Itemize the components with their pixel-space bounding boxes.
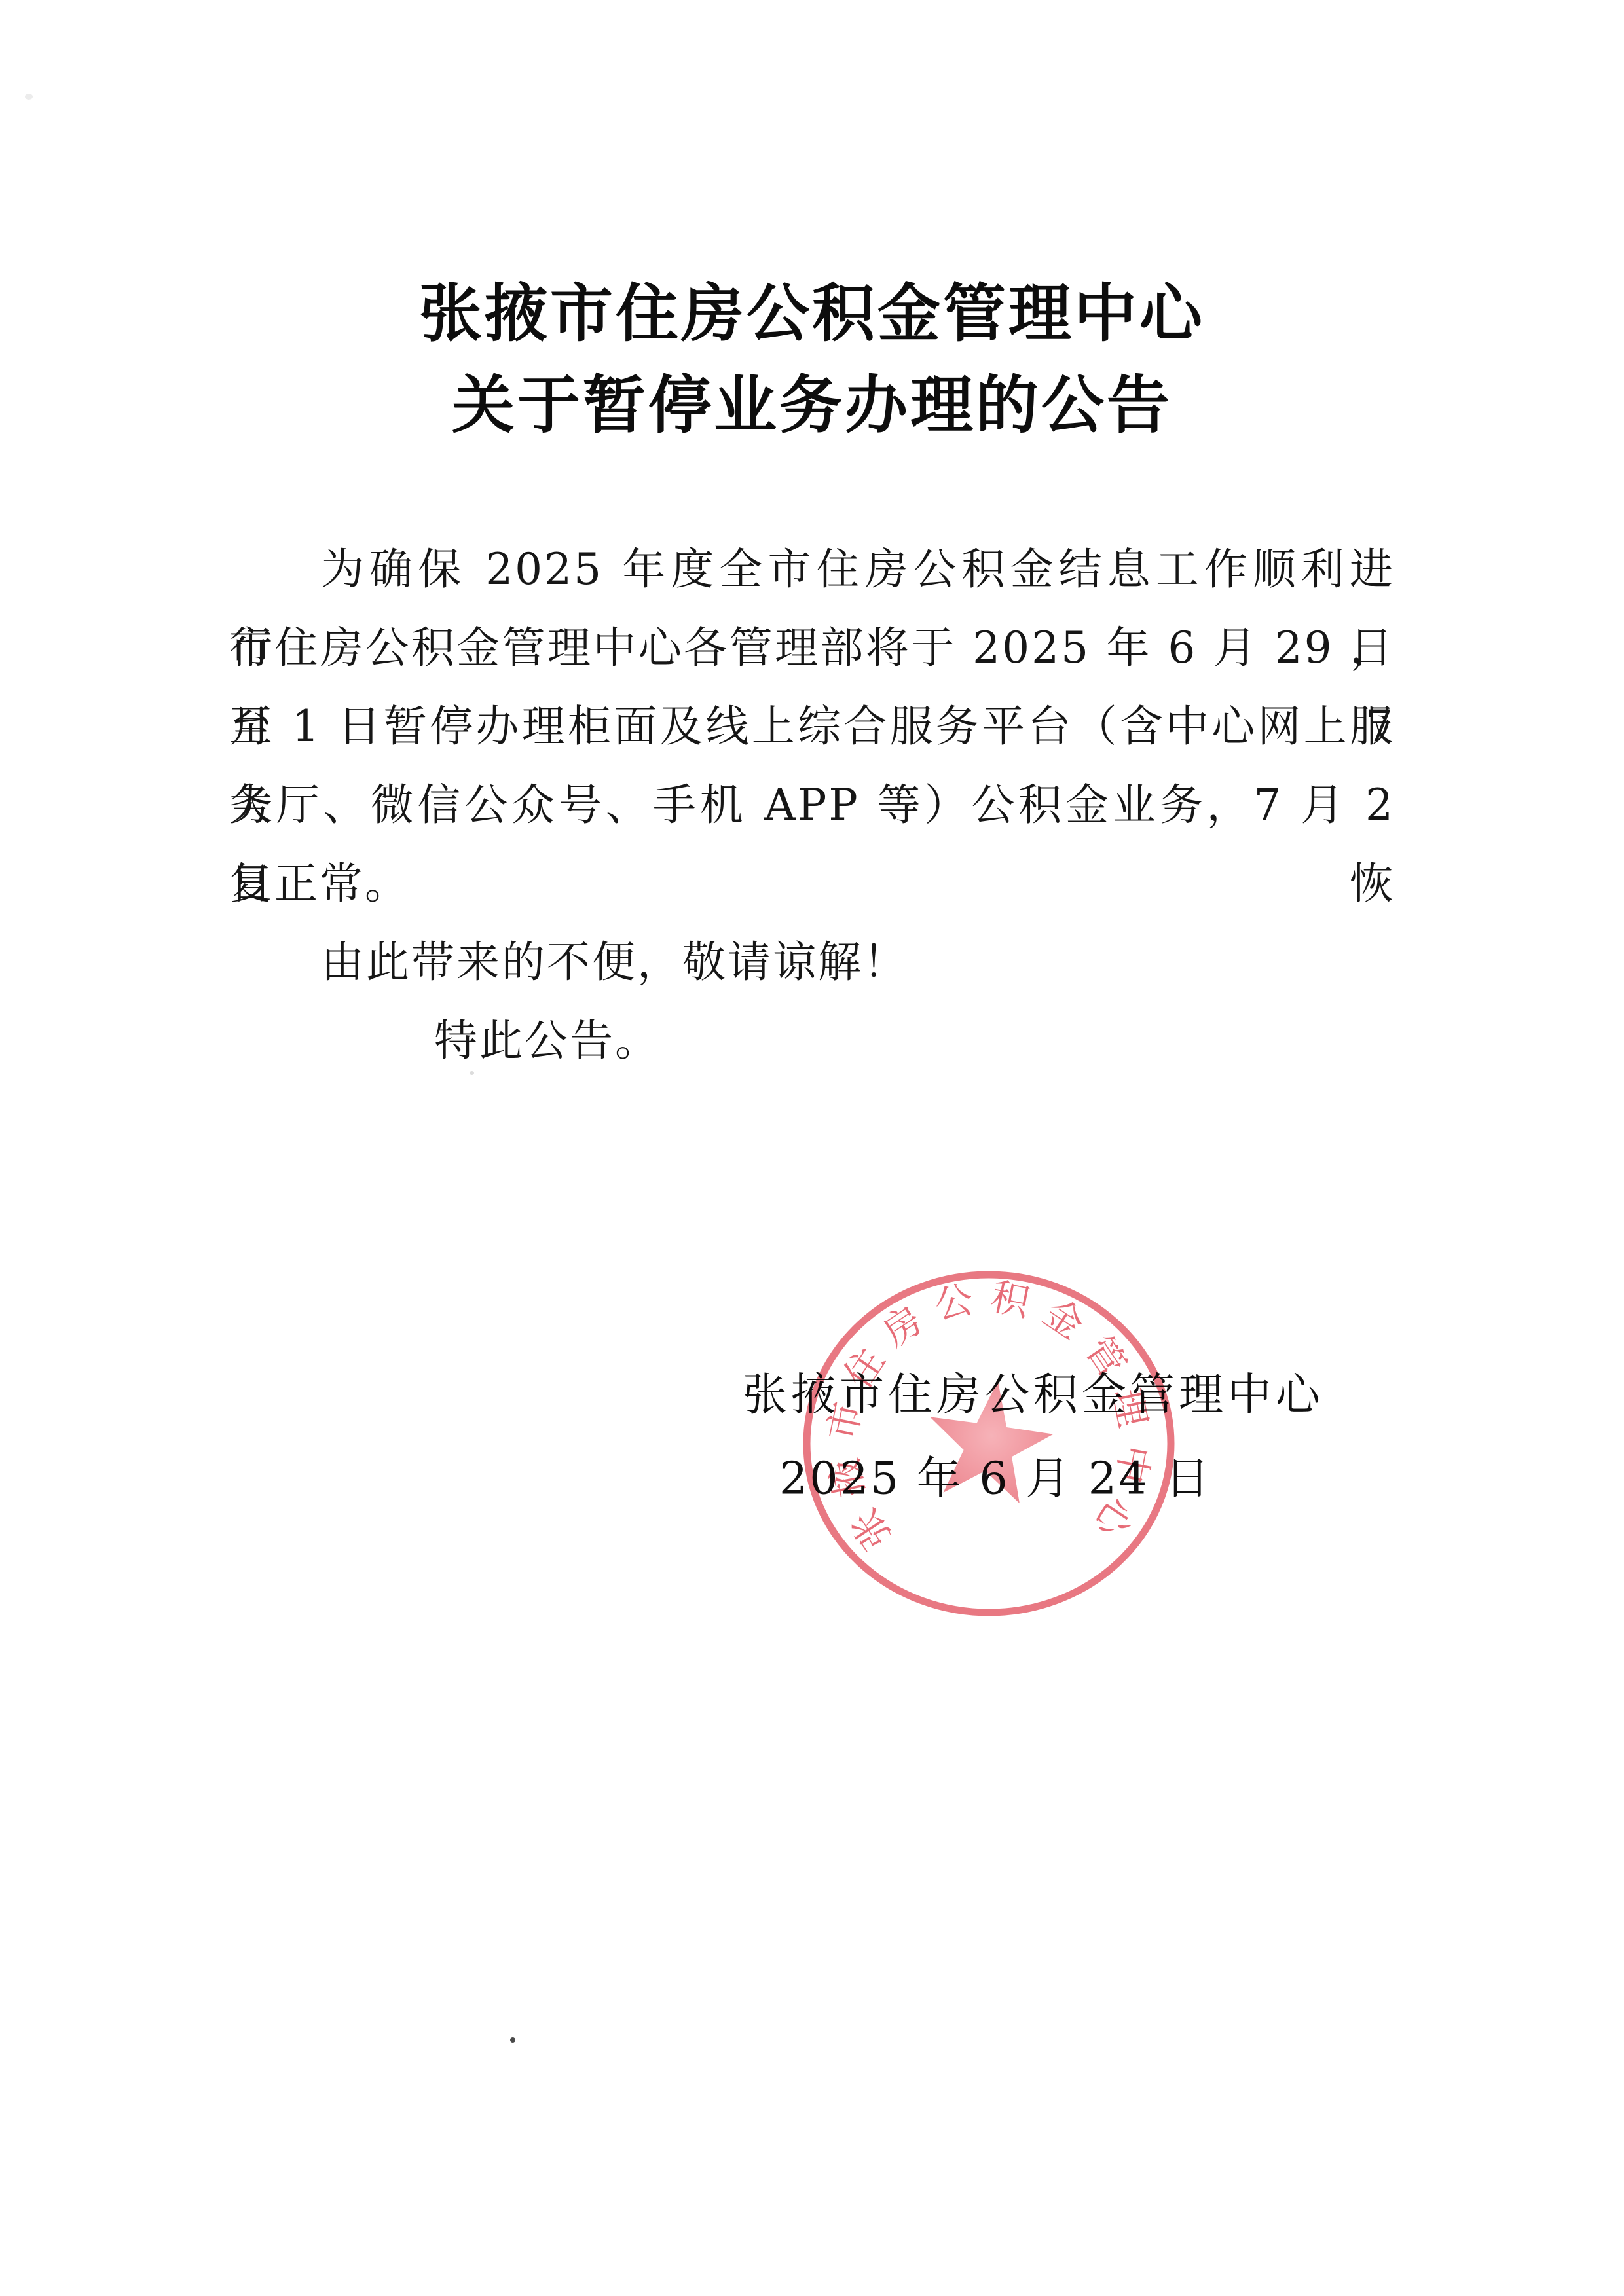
signature-organization: 张掖市住房公积金管理中心 bbox=[743, 1360, 1324, 1423]
title-line-1: 张掖市住房公积金管理中心 bbox=[0, 268, 1624, 360]
title-line-2: 关于暂停业务办理的公告 bbox=[0, 360, 1624, 452]
document-body: 为确保 2025 年度全市住房公积金结息工作顺利进行， 市住房公积金管理中心各管… bbox=[229, 530, 1395, 1080]
body-line-apology: 由此带来的不便，敬请谅解！ bbox=[229, 923, 1395, 1002]
document-title: 张掖市住房公积金管理中心 关于暂停业务办理的公告 bbox=[0, 268, 1624, 452]
body-line: 为确保 2025 年度全市住房公积金结息工作顺利进行， bbox=[229, 530, 1395, 609]
announcement-document: 张掖市住房公积金管理中心 关于暂停业务办理的公告 为确保 2025 年度全市住房… bbox=[0, 0, 1624, 2296]
scan-speck bbox=[25, 94, 33, 100]
signature-date: 2025 年 6 月 24 日 bbox=[779, 1444, 1211, 1507]
body-line: 市住房公积金管理中心各管理部将于 2025 年 6 月 29 日至 7 bbox=[229, 609, 1395, 687]
body-line: 大厅、微信公众号、手机 APP 等）公积金业务，7 月 2 日恢 bbox=[229, 766, 1395, 845]
scan-speck bbox=[510, 2037, 515, 2043]
body-line: 月 1 日暂停办理柜面及线上综合服务平台（含中心网上服务 bbox=[229, 687, 1395, 766]
scan-speck bbox=[470, 1071, 474, 1075]
body-line-hereby-announced: 特此公告。 bbox=[229, 1002, 1395, 1080]
